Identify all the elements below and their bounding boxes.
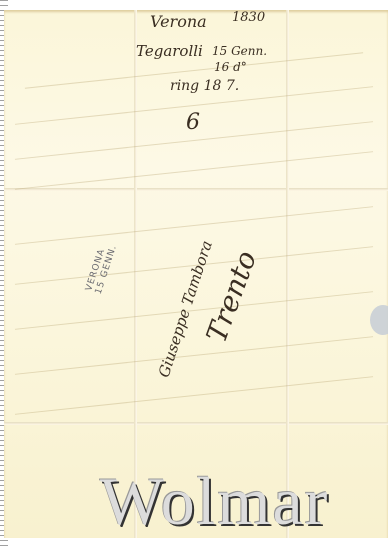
docket-date-received: 15 Genn.	[212, 44, 267, 58]
postmark: VERONA 15 GENN.	[84, 241, 119, 296]
docket-year: 1830	[232, 10, 265, 25]
docket-date-answered: 16 d°	[214, 60, 247, 74]
bleed-through-text	[15, 206, 373, 245]
fold-line	[134, 10, 137, 538]
bleed-through-text	[15, 376, 373, 415]
docket-sender: Tegarolli	[136, 42, 203, 60]
bleed-through-text	[15, 151, 373, 190]
watermark: Wolmar	[100, 462, 329, 541]
docket-mark: 6	[186, 110, 200, 135]
fold-line	[4, 188, 388, 191]
docket-city: Verona	[150, 12, 207, 31]
bleed-through-text	[15, 336, 373, 375]
letter-sheet: Verona 1830 Tegarolli 15 Genn. 16 d° rin…	[4, 10, 388, 538]
fold-line	[4, 422, 388, 425]
docket-note: ring 18 7.	[170, 78, 239, 94]
fold-line	[286, 10, 289, 538]
